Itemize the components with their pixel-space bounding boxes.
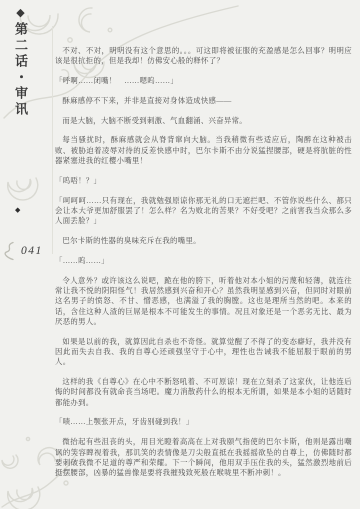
paragraph: 「呵呵呵……只有现在，我就勉强原谅你那无礼的口无遮拦吧、不管你说些什么、都只会让… [55, 196, 352, 227]
paragraph: 如果是以前的我，就算因此自杀也不奇怪。就算觉醒了不得了的变态癖好，我并没有因此而… [55, 337, 352, 368]
pagenum-flourish-icon [2, 241, 15, 261]
chapter-title-text: 第二话・审讯 [13, 22, 28, 118]
paragraph: 不对、不对，明明没有这个意思的。。。可这即将被征服的充盈感是怎么回事？明明应该是… [55, 46, 352, 67]
diamond-icon: ◆ [14, 6, 26, 22]
page-number: 041 [21, 245, 43, 257]
chapter-title-vertical: ◆第二话・审讯 [11, 6, 30, 118]
paragraph: 而是大脑，大脑不断受到刺激、气血翻涌、兴奋异常。 [55, 116, 352, 126]
paragraph: 「呜唔！？」 [55, 176, 352, 186]
paragraph: 「呼啊……闭嘴！ ……嗯呜……」 [55, 76, 352, 86]
sidebar-divider-rule [52, 26, 53, 254]
body-text: 不对、不对，明明没有这个意思的。。。可这即将被征服的充盈感是怎么回事？明明应该是… [55, 46, 352, 488]
book-page: ◆第二话・审讯 ◆ 041 不对、不对，明明没有这个意思的。。。可这即将被征服的… [0, 0, 360, 509]
paragraph: 这样的我《自尊心》在心中不断怒吼着、不可原谅！现在立刻杀了这家伙，让他连后悔的时… [55, 377, 352, 408]
paragraph: 令人意外？或许该这么说吧，跪在他的胯下，听着他对本小姐的污蔑和轻薄，就连往常让我… [55, 276, 352, 327]
paragraph: 「……呜……」 [55, 256, 352, 266]
paragraph: 「啧……上颚张开点，牙齿别碰到我！」 [55, 417, 352, 427]
paragraph: 每当骚扰时，酥麻感就会从脊背窜向大脑。当我稍微有些适应后，陶醉在这种被击败、被胁… [55, 135, 352, 166]
diamond-end-icon: ◆ [15, 206, 20, 214]
paragraph: 微抬起有些沮丧的头，用目光瞪着高高在上对我颐气指使的巴尔卡斯，他则是露出嘲讽的笑… [55, 437, 352, 478]
paragraph: 巴尔卡斯的性器的臭味充斥在我的嘴里。 [55, 236, 352, 246]
paragraph: 酥麻感停不下来，并非是直接对身体造成快感—— [55, 96, 352, 106]
page-number-block: 041 [2, 241, 43, 261]
